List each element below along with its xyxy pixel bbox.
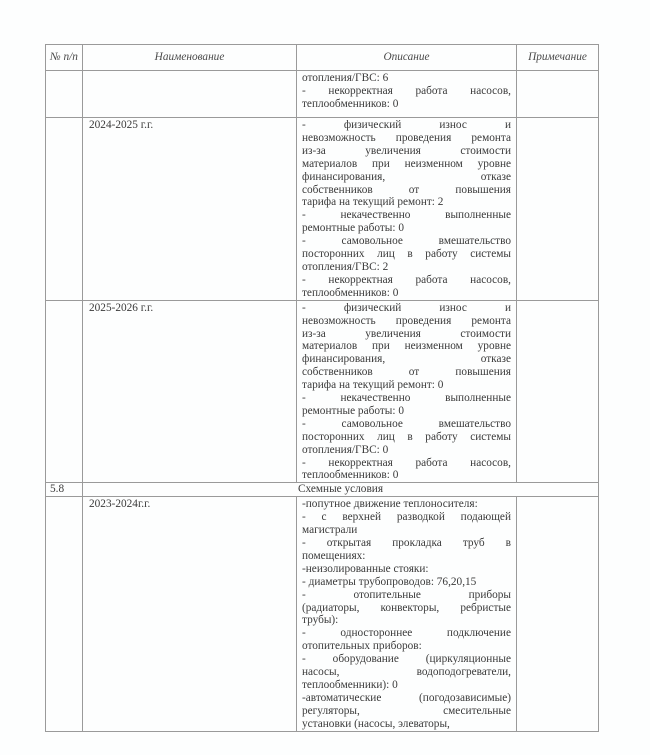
description-line: - открытая прокладка труб в [302,537,511,550]
table-row: 2024-2025 г.г. - физический износ иневоз… [46,118,599,301]
cell-num [46,497,83,731]
cell-note [517,71,599,118]
description-line: отопления/ГВС: 6 [302,72,511,85]
description-line: тарифа на текущий ремонт: 0 [302,379,511,392]
header-note: Примечание [517,45,599,71]
description-line: собственников от повышения [302,366,511,379]
description-line: из-за увеличения стоимости [302,328,511,341]
description-line: ремонтные работы: 0 [302,222,511,235]
table-row: 2025-2026 г.г. - физический износ иневоз… [46,300,599,483]
description-line: - некорректная работа насосов, [302,457,511,470]
description-line: - диаметры трубопроводов: 76,20,15 [302,576,511,589]
description-line: - оборудование (циркуляционные [302,653,511,666]
description-line: регуляторы, смесительные [302,705,511,718]
description-line: - с верхней разводкой подающей [302,511,511,524]
description-line: ремонтные работы: 0 [302,405,511,418]
section-title: Схемные условия [83,483,599,497]
description-line: установки (насосы, элеваторы, [302,718,511,731]
description-line: - физический износ и [302,302,511,315]
description-line: отопительных приборов: [302,640,511,653]
description-line: посторонних лиц в работу системы [302,431,511,444]
description-line: тарифа на текущий ремонт: 2 [302,196,511,209]
description-line: -попутное движение теплоносителя: [302,498,511,511]
cell-num [46,300,83,483]
description-line: насосы, водоподогреватели, [302,666,511,679]
description-line: - некачественно выполненные [302,209,511,222]
description-line: собственников от повышения [302,184,511,197]
description-line: -автоматические (погодозависимые) [302,692,511,705]
cell-desc: - физический износ иневозможность провед… [297,300,517,483]
section-row: 5.8 Схемные условия [46,483,599,497]
description-line: невозможность проведения ремонта [302,132,511,145]
description-line: - физический износ и [302,119,511,132]
cell-note [517,118,599,301]
cell-num [46,118,83,301]
cell-desc: - физический износ иневозможность провед… [297,118,517,301]
header-desc: Описание [297,45,517,71]
description-line: из-за увеличения стоимости [302,145,511,158]
description-line: (радиаторы, конвекторы, ребристые [302,602,511,615]
description-line: теплообменников: 0 [302,469,511,482]
description-line: финансирования, отказе [302,171,511,184]
description-line: - некорректная работа насосов, [302,85,511,98]
header-row: № п/п Наименование Описание Примечание [46,45,599,71]
cell-num [46,71,83,118]
description-line: магистрали [302,524,511,537]
description-line: отопления/ГВС: 2 [302,261,511,274]
section-number: 5.8 [46,483,83,497]
cell-name: 2025-2026 г.г. [83,300,297,483]
description-line: посторонних лиц в работу системы [302,248,511,261]
description-line: - самовольное вмешательство [302,235,511,248]
description-line: - некачественно выполненные [302,392,511,405]
cell-desc: -попутное движение теплоносителя:- с вер… [297,497,517,731]
description-line: финансирования, отказе [302,353,511,366]
description-line: отопления/ГВС: 0 [302,444,511,457]
header-num: № п/п [46,45,83,71]
cell-name: 2023-2024г.г. [83,497,297,731]
description-line: материалов при неизменном уровне [302,340,511,353]
description-line: теплообменники): 0 [302,679,511,692]
description-line: невозможность проведения ремонта [302,315,511,328]
description-line: - одностороннее подключение [302,627,511,640]
description-line: -неизолированные стояки: [302,563,511,576]
cell-name [83,71,297,118]
cell-note [517,300,599,483]
document-table: № п/п Наименование Описание Примечание о… [45,44,599,732]
cell-name: 2024-2025 г.г. [83,118,297,301]
description-line: - отопительные приборы [302,589,511,602]
table-row: 2023-2024г.г. -попутное движение теплоно… [46,497,599,731]
description-line: помещениях: [302,550,511,563]
cell-note [517,497,599,731]
cell-desc: отопления/ГВС: 6- некорректная работа на… [297,71,517,118]
description-line: - некорректная работа насосов, [302,274,511,287]
description-line: теплообменников: 0 [302,287,511,300]
description-line: теплообменников: 0 [302,98,511,111]
table-row: отопления/ГВС: 6- некорректная работа на… [46,71,599,118]
description-line: трубы): [302,614,511,627]
description-line: - самовольное вмешательство [302,418,511,431]
description-line: материалов при неизменном уровне [302,158,511,171]
header-name: Наименование [83,45,297,71]
